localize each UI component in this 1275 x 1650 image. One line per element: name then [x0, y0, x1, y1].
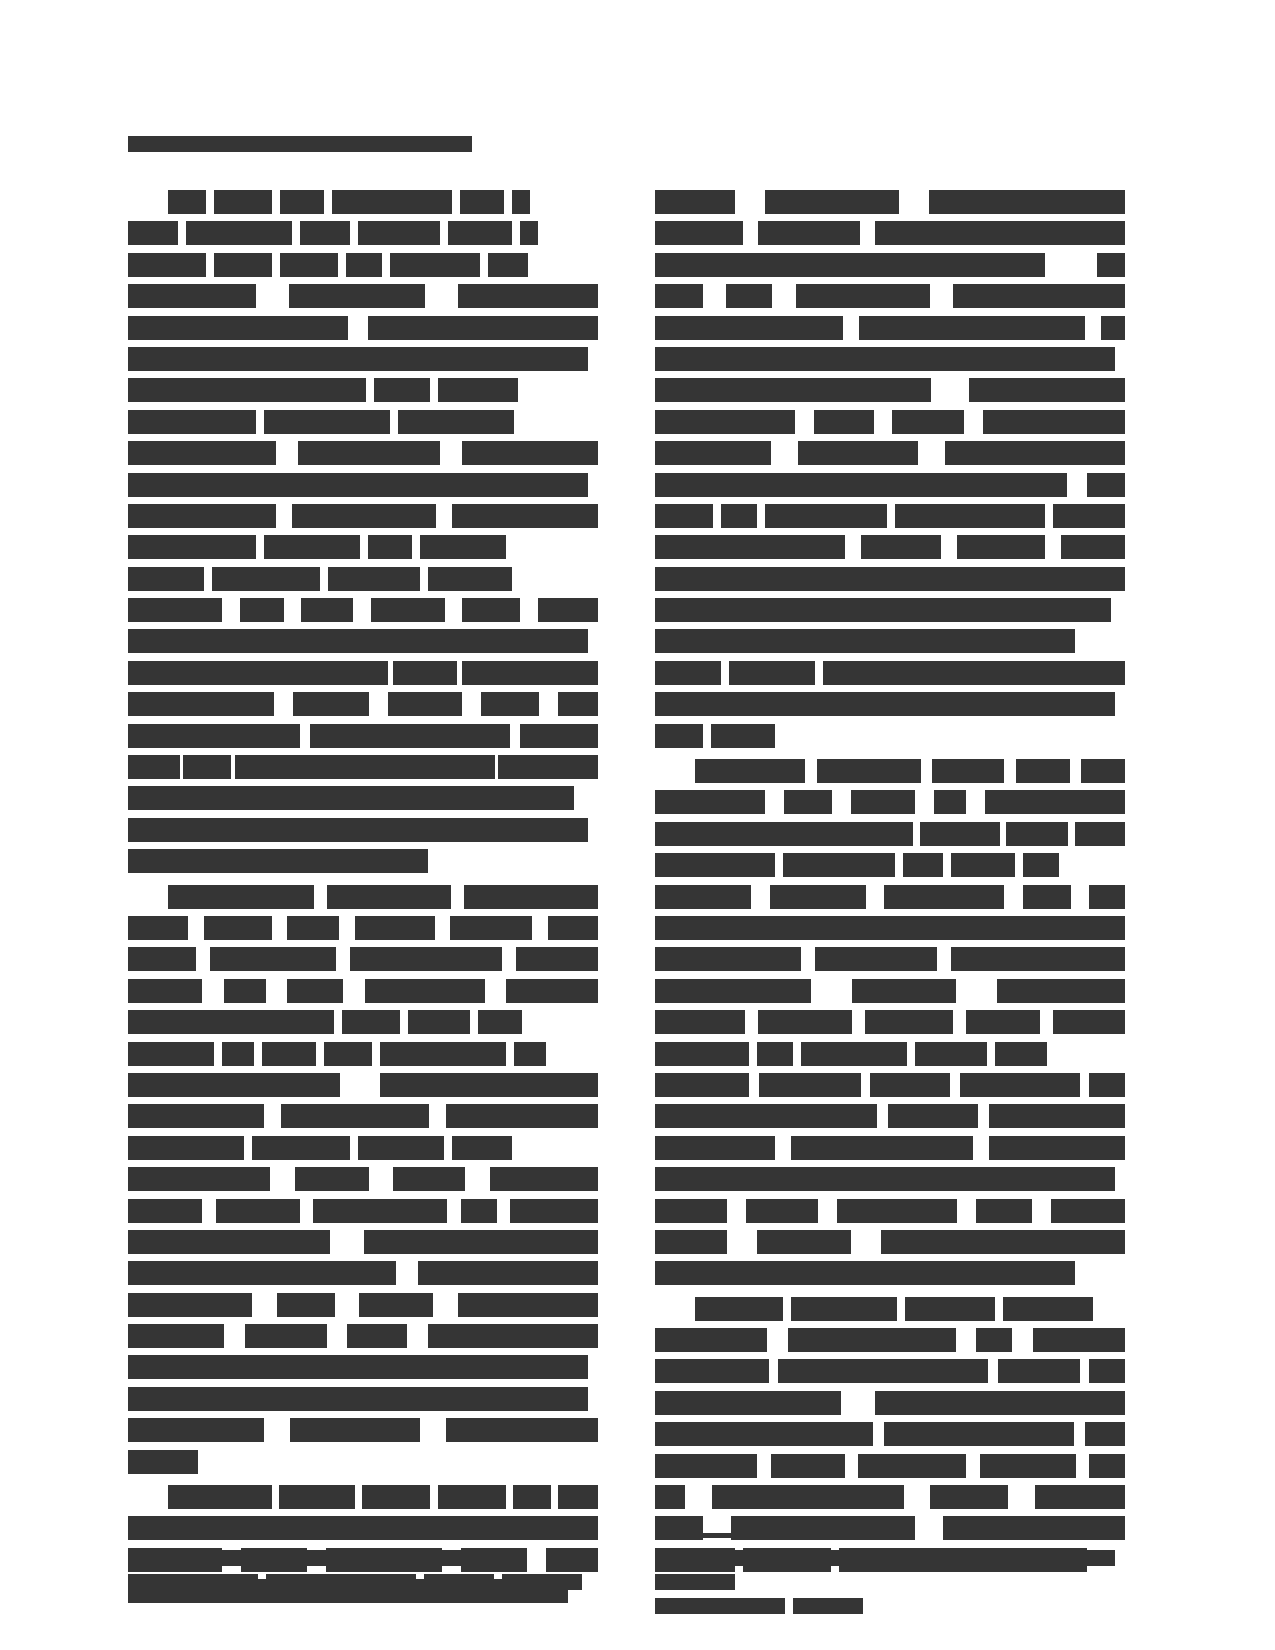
redacted-word: [374, 378, 430, 402]
redacted-text-line: [128, 1199, 598, 1223]
left-column: [128, 190, 598, 1611]
redacted-text-line: [128, 661, 598, 685]
redacted-word: [478, 1010, 522, 1034]
redacted-word: [655, 316, 843, 340]
redacted-text-line: [655, 535, 1125, 559]
redacted-word: [128, 535, 256, 559]
redacted-word: [462, 441, 598, 465]
redacted-word: [861, 535, 941, 559]
redacted-text-line: [655, 1073, 1125, 1097]
redacted-word: [881, 1230, 1125, 1254]
redacted-word: [446, 1516, 598, 1540]
redacted-word: [744, 567, 823, 591]
redacted-text-line: [655, 410, 1125, 434]
redacted-text-line: [655, 1328, 1125, 1352]
redacted-word: [655, 1261, 1075, 1285]
redacted-text-line: [655, 253, 1125, 277]
redacted-text-line: [655, 790, 1125, 814]
redacted-text-line: [128, 1355, 598, 1379]
redacted-word: [128, 1387, 588, 1411]
redacted-word: [655, 822, 913, 846]
redacted-word: [875, 221, 1125, 245]
redacted-word: [778, 1359, 988, 1383]
redacted-word: [815, 947, 937, 971]
redacted-word: [393, 1167, 465, 1191]
redacted-word: [1089, 1454, 1125, 1478]
redacted-word: [655, 1104, 877, 1128]
redacted-word: [895, 504, 1045, 528]
redacted-word: [295, 1167, 369, 1191]
redacted-text-line: [655, 885, 1125, 909]
redacted-word: [920, 822, 1000, 846]
redacted-word: [726, 284, 772, 308]
redacted-text-line: [655, 1359, 1125, 1383]
redacted-word: [824, 567, 917, 591]
redacted-word: [212, 567, 320, 591]
redacted-text-line: [128, 885, 598, 909]
redacted-text-line: [128, 786, 598, 810]
redacted-word: [128, 947, 196, 971]
redacted-word: [788, 1328, 956, 1352]
redacted-text-line: [128, 947, 598, 971]
redacted-word: [1085, 1422, 1125, 1446]
redacted-word: [128, 1104, 264, 1128]
redacted-word: [368, 316, 598, 340]
redacted-text-line: [128, 1324, 598, 1348]
redacted-text-line: [128, 378, 598, 402]
redacted-word: [765, 504, 887, 528]
redacted-text-line: [128, 1418, 598, 1442]
redacted-word: [128, 629, 588, 653]
redacted-text-line: [128, 916, 598, 940]
redacted-text-line: [655, 1422, 1125, 1446]
redacted-word: [128, 979, 202, 1003]
redacted-word: [214, 253, 272, 277]
redacted-word: [310, 724, 510, 748]
redacted-word: [1097, 253, 1125, 277]
redacted-word: [458, 1293, 598, 1317]
redacted-word: [128, 410, 256, 434]
redacted-word: [859, 316, 1085, 340]
redacted-word: [128, 441, 276, 465]
redacted-word: [746, 1199, 818, 1223]
redacted-word: [359, 1293, 433, 1317]
redacted-word: [264, 535, 360, 559]
redacted-word: [358, 1136, 444, 1160]
redacted-word: [280, 253, 338, 277]
redacted-word: [128, 692, 274, 716]
redacted-word: [851, 790, 915, 814]
redacted-word: [905, 1297, 995, 1321]
redacted-text-line: [655, 661, 1125, 685]
redacted-text-line: [655, 221, 1125, 245]
redacted-word: [791, 1136, 973, 1160]
redacted-word: [892, 410, 964, 434]
redacted-word: [915, 1042, 987, 1066]
redacted-word: [520, 724, 598, 748]
redacted-word: [461, 1199, 497, 1223]
redacted-word: [655, 441, 771, 465]
redacted-word: [929, 190, 1125, 214]
redacted-word: [865, 1010, 953, 1034]
redacted-word: [262, 1042, 316, 1066]
redacted-word: [287, 979, 343, 1003]
redacted-word: [969, 378, 1125, 402]
redacted-word: [128, 786, 574, 810]
redacted-word: [281, 1104, 429, 1128]
redacted-word: [655, 1454, 757, 1478]
redacted-word: [951, 853, 1015, 877]
redacted-word: [852, 979, 956, 1003]
redacted-word: [358, 221, 440, 245]
redacted-word: [796, 284, 930, 308]
redacted-word: [757, 1042, 793, 1066]
redacted-word: [858, 1454, 966, 1478]
redacted-word: [711, 724, 775, 748]
redacted-text-line: [128, 535, 598, 559]
redacted-word: [224, 979, 266, 1003]
redacted-word: [1033, 1328, 1125, 1352]
redacted-word: [428, 1324, 598, 1348]
redacted-word: [128, 661, 388, 685]
redacted-text-line: [128, 567, 598, 591]
redacted-word: [388, 692, 462, 716]
redacted-word: [371, 598, 445, 622]
redacted-word: [655, 598, 1111, 622]
redacted-word: [287, 916, 339, 940]
redacted-word: [420, 535, 506, 559]
redacted-word: [817, 759, 921, 783]
redacted-word: [280, 190, 324, 214]
redacted-word: [128, 221, 178, 245]
redacted-word: [452, 1136, 512, 1160]
redacted-word: [943, 1516, 1125, 1540]
redacted-word: [1053, 1010, 1125, 1034]
redacted-word: [546, 1548, 598, 1572]
redacted-word: [1089, 885, 1125, 909]
redacted-word: [884, 1422, 1074, 1446]
redacted-word: [460, 190, 504, 214]
redacted-text-line: [655, 473, 1125, 497]
redacted-text-line: [128, 849, 598, 873]
redacted-text-line: [128, 284, 598, 308]
redacted-text-line: [655, 1261, 1125, 1285]
redacted-word: [128, 284, 256, 308]
redacted-word: [655, 1167, 1115, 1191]
redacted-word: [960, 1073, 1080, 1097]
redacted-word: [186, 221, 292, 245]
redacted-word: [245, 1324, 327, 1348]
redacted-word: [128, 1042, 214, 1066]
redacted-text-line: [128, 1010, 598, 1034]
redacted-word: [450, 916, 532, 940]
redacted-word: [966, 1010, 1040, 1034]
redacted-word: [458, 284, 598, 308]
redacted-word: [128, 1199, 202, 1223]
redacted-word: [128, 316, 348, 340]
redacted-word: [324, 1042, 372, 1066]
redacted-word: [1006, 822, 1068, 846]
redacted-text-line: [128, 190, 598, 214]
redacted-text-line: [655, 1199, 1125, 1223]
redacted-word: [380, 1073, 598, 1097]
redacted-word: [279, 1485, 355, 1509]
redacted-word: [183, 755, 231, 779]
redacted-word: [655, 347, 1115, 371]
redacted-word: [1053, 504, 1125, 528]
redacted-text-line: [655, 1297, 1125, 1321]
redacted-word: [721, 504, 757, 528]
redacted-text-line: [655, 441, 1125, 465]
redacted-word: [655, 1042, 749, 1066]
redacted-word: [695, 1297, 783, 1321]
redacted-text-line: [655, 567, 1125, 591]
redacted-word: [1035, 1485, 1125, 1509]
redacted-text-line: [128, 1387, 598, 1411]
redacted-word: [655, 1422, 873, 1446]
redacted-text-line: [128, 692, 598, 716]
redacted-word: [128, 1450, 198, 1474]
redacted-word: [390, 253, 480, 277]
redacted-word: [350, 947, 502, 971]
redacted-word: [791, 1297, 897, 1321]
redacted-word: [1089, 1359, 1125, 1383]
redacted-text-line: [655, 979, 1125, 1003]
redacted-footnote-word: [655, 1574, 735, 1590]
redacted-word: [765, 190, 899, 214]
redacted-word: [277, 1293, 335, 1317]
redacted-word: [538, 598, 598, 622]
redacted-word: [784, 790, 832, 814]
redacted-word: [771, 1454, 845, 1478]
redacted-word: [945, 441, 1125, 465]
redacted-text-line: [128, 1042, 598, 1066]
redacted-word: [655, 947, 801, 971]
redacted-text-line: [128, 755, 598, 779]
redacted-word: [712, 1485, 904, 1509]
redacted-word: [452, 504, 598, 528]
redacted-word: [655, 535, 845, 559]
redacted-word: [128, 378, 366, 402]
redacted-word: [438, 1485, 506, 1509]
redacted-text-line: [655, 1391, 1125, 1415]
redacted-word: [418, 1261, 598, 1285]
document-page: [0, 0, 1275, 1650]
redacted-word: [875, 1391, 1125, 1415]
redacted-text-line: [655, 916, 1125, 940]
redacted-text-line: [128, 1136, 598, 1160]
redacted-word: [383, 1516, 446, 1540]
redacted-word: [300, 221, 350, 245]
redacted-word: [814, 410, 874, 434]
redacted-word: [168, 190, 206, 214]
redacted-text-line: [128, 818, 598, 842]
redacted-word: [1081, 759, 1125, 783]
redacted-word: [655, 1485, 685, 1509]
redacted-text-line: [655, 1454, 1125, 1478]
redacted-text-line: [128, 347, 598, 371]
redacted-word: [481, 692, 539, 716]
redacted-word: [327, 885, 451, 909]
redacted-word: [128, 347, 588, 371]
redacted-word: [934, 790, 966, 814]
redacted-footnote-word: [128, 1574, 258, 1590]
redacted-word: [655, 979, 811, 1003]
redacted-text-line: [128, 1450, 598, 1474]
redacted-text-line: [655, 378, 1125, 402]
redacted-word: [729, 661, 815, 685]
redacted-word: [558, 692, 598, 716]
redacted-text-line: [655, 1010, 1125, 1034]
redacted-word: [506, 979, 598, 1003]
redacted-text-line: [128, 1167, 598, 1191]
redacted-footnote-word: [502, 1574, 582, 1590]
redacted-word: [408, 1010, 470, 1034]
redacted-word: [655, 504, 713, 528]
redacted-word: [380, 1042, 506, 1066]
redacted-word: [128, 1293, 252, 1317]
redacted-word: [655, 378, 931, 402]
redacted-text-line: [655, 1167, 1125, 1191]
redacted-word: [998, 1359, 1080, 1383]
redacted-word: [783, 853, 895, 877]
redacted-word: [548, 916, 598, 940]
redacted-word: [398, 410, 514, 434]
redacted-word: [368, 535, 412, 559]
redacted-word: [655, 1230, 727, 1254]
redacted-text-line: [128, 1230, 598, 1254]
redacted-word: [446, 1104, 598, 1128]
redacted-word: [462, 598, 520, 622]
redacted-word: [490, 1167, 598, 1191]
redacted-word: [128, 1230, 330, 1254]
redacted-word: [342, 1010, 400, 1034]
redacted-word: [1037, 916, 1125, 940]
redacted-word: [695, 759, 805, 783]
redacted-word: [655, 410, 795, 434]
redacted-word: [462, 661, 598, 685]
redacted-word: [1046, 567, 1125, 591]
redacted-text-line: [655, 759, 1125, 783]
redacted-text-line: [655, 504, 1125, 528]
redacted-word: [128, 1261, 396, 1285]
redacted-word: [884, 885, 1004, 909]
redacted-word: [1023, 885, 1071, 909]
redacted-word: [655, 1391, 841, 1415]
redacted-word: [758, 1010, 852, 1034]
redacted-word: [1051, 1199, 1125, 1223]
redacted-word: [1023, 853, 1059, 877]
redacted-word: [951, 947, 1125, 971]
redacted-word: [997, 979, 1125, 1003]
redacted-footnote-word: [655, 1598, 785, 1614]
redacted-text-line: [128, 253, 598, 277]
redacted-word: [365, 979, 485, 1003]
redacted-word: [428, 567, 512, 591]
redacted-word: [328, 567, 420, 591]
redacted-word: [498, 755, 598, 779]
redacted-word: [888, 1104, 978, 1128]
redacted-word: [128, 1010, 334, 1034]
redacted-word: [289, 284, 425, 308]
redacted-word: [128, 567, 204, 591]
redacted-word: [128, 504, 276, 528]
redacted-text-line: [655, 692, 1125, 716]
redacted-word: [798, 441, 918, 465]
redacted-text-line: [655, 947, 1125, 971]
redacted-word: [128, 1073, 340, 1097]
redacted-word: [301, 598, 353, 622]
redacted-footnote-word: [695, 1550, 1115, 1566]
redacted-word: [393, 661, 457, 685]
redacted-word: [1087, 473, 1125, 497]
redacted-word: [655, 661, 721, 685]
redacted-text-line: [128, 1485, 598, 1509]
redacted-text-line: [128, 1073, 598, 1097]
redacted-text-line: [655, 1136, 1125, 1160]
redacted-text-line: [655, 822, 1125, 846]
redacted-text-line: [128, 979, 598, 1003]
redacted-word: [655, 1359, 769, 1383]
redacted-word: [1016, 759, 1070, 783]
redacted-text-line: [128, 629, 598, 653]
redacted-word: [290, 1418, 420, 1442]
redacted-word: [128, 253, 206, 277]
redacted-word: [995, 1042, 1047, 1066]
redacted-word: [364, 1230, 598, 1254]
redacted-text-line: [128, 221, 598, 245]
redacted-word: [989, 1104, 1125, 1128]
redacted-word: [655, 916, 704, 940]
redacted-word: [932, 759, 1004, 783]
redacted-word: [128, 1136, 244, 1160]
redacted-text-line: [128, 410, 598, 434]
right-column: [655, 190, 1125, 1579]
redacted-word: [1003, 1297, 1093, 1321]
redacted-word: [655, 253, 1045, 277]
redacted-word: [128, 473, 588, 497]
redacted-text-line: [655, 853, 1125, 877]
redacted-word: [985, 790, 1125, 814]
redacted-word: [655, 190, 735, 214]
redacted-word: [128, 1418, 264, 1442]
redacted-word: [903, 853, 943, 877]
redacted-word: [1061, 535, 1125, 559]
redacted-word: [214, 190, 272, 214]
redacted-text-line: [128, 598, 598, 622]
redacted-word: [655, 1328, 767, 1352]
redacted-footnote-word: [793, 1598, 863, 1614]
redacted-word: [801, 1042, 907, 1066]
redacted-word: [655, 1010, 745, 1034]
redacted-word: [655, 1073, 749, 1097]
redacted-text-line: [655, 598, 1125, 622]
redacted-word: [837, 1199, 957, 1223]
redacted-word: [558, 1485, 598, 1509]
redacted-word: [770, 885, 866, 909]
redacted-word: [823, 661, 1125, 685]
redacted-word: [128, 1355, 588, 1379]
redacted-word: [235, 755, 495, 779]
running-header-redacted: [128, 136, 472, 152]
redacted-word: [128, 598, 222, 622]
redacted-word: [128, 755, 180, 779]
redacted-word: [240, 598, 284, 622]
redacted-word: [510, 1199, 598, 1223]
redacted-footnote-word: [266, 1574, 416, 1590]
redacted-word: [989, 1136, 1125, 1160]
redacted-word: [655, 1136, 775, 1160]
